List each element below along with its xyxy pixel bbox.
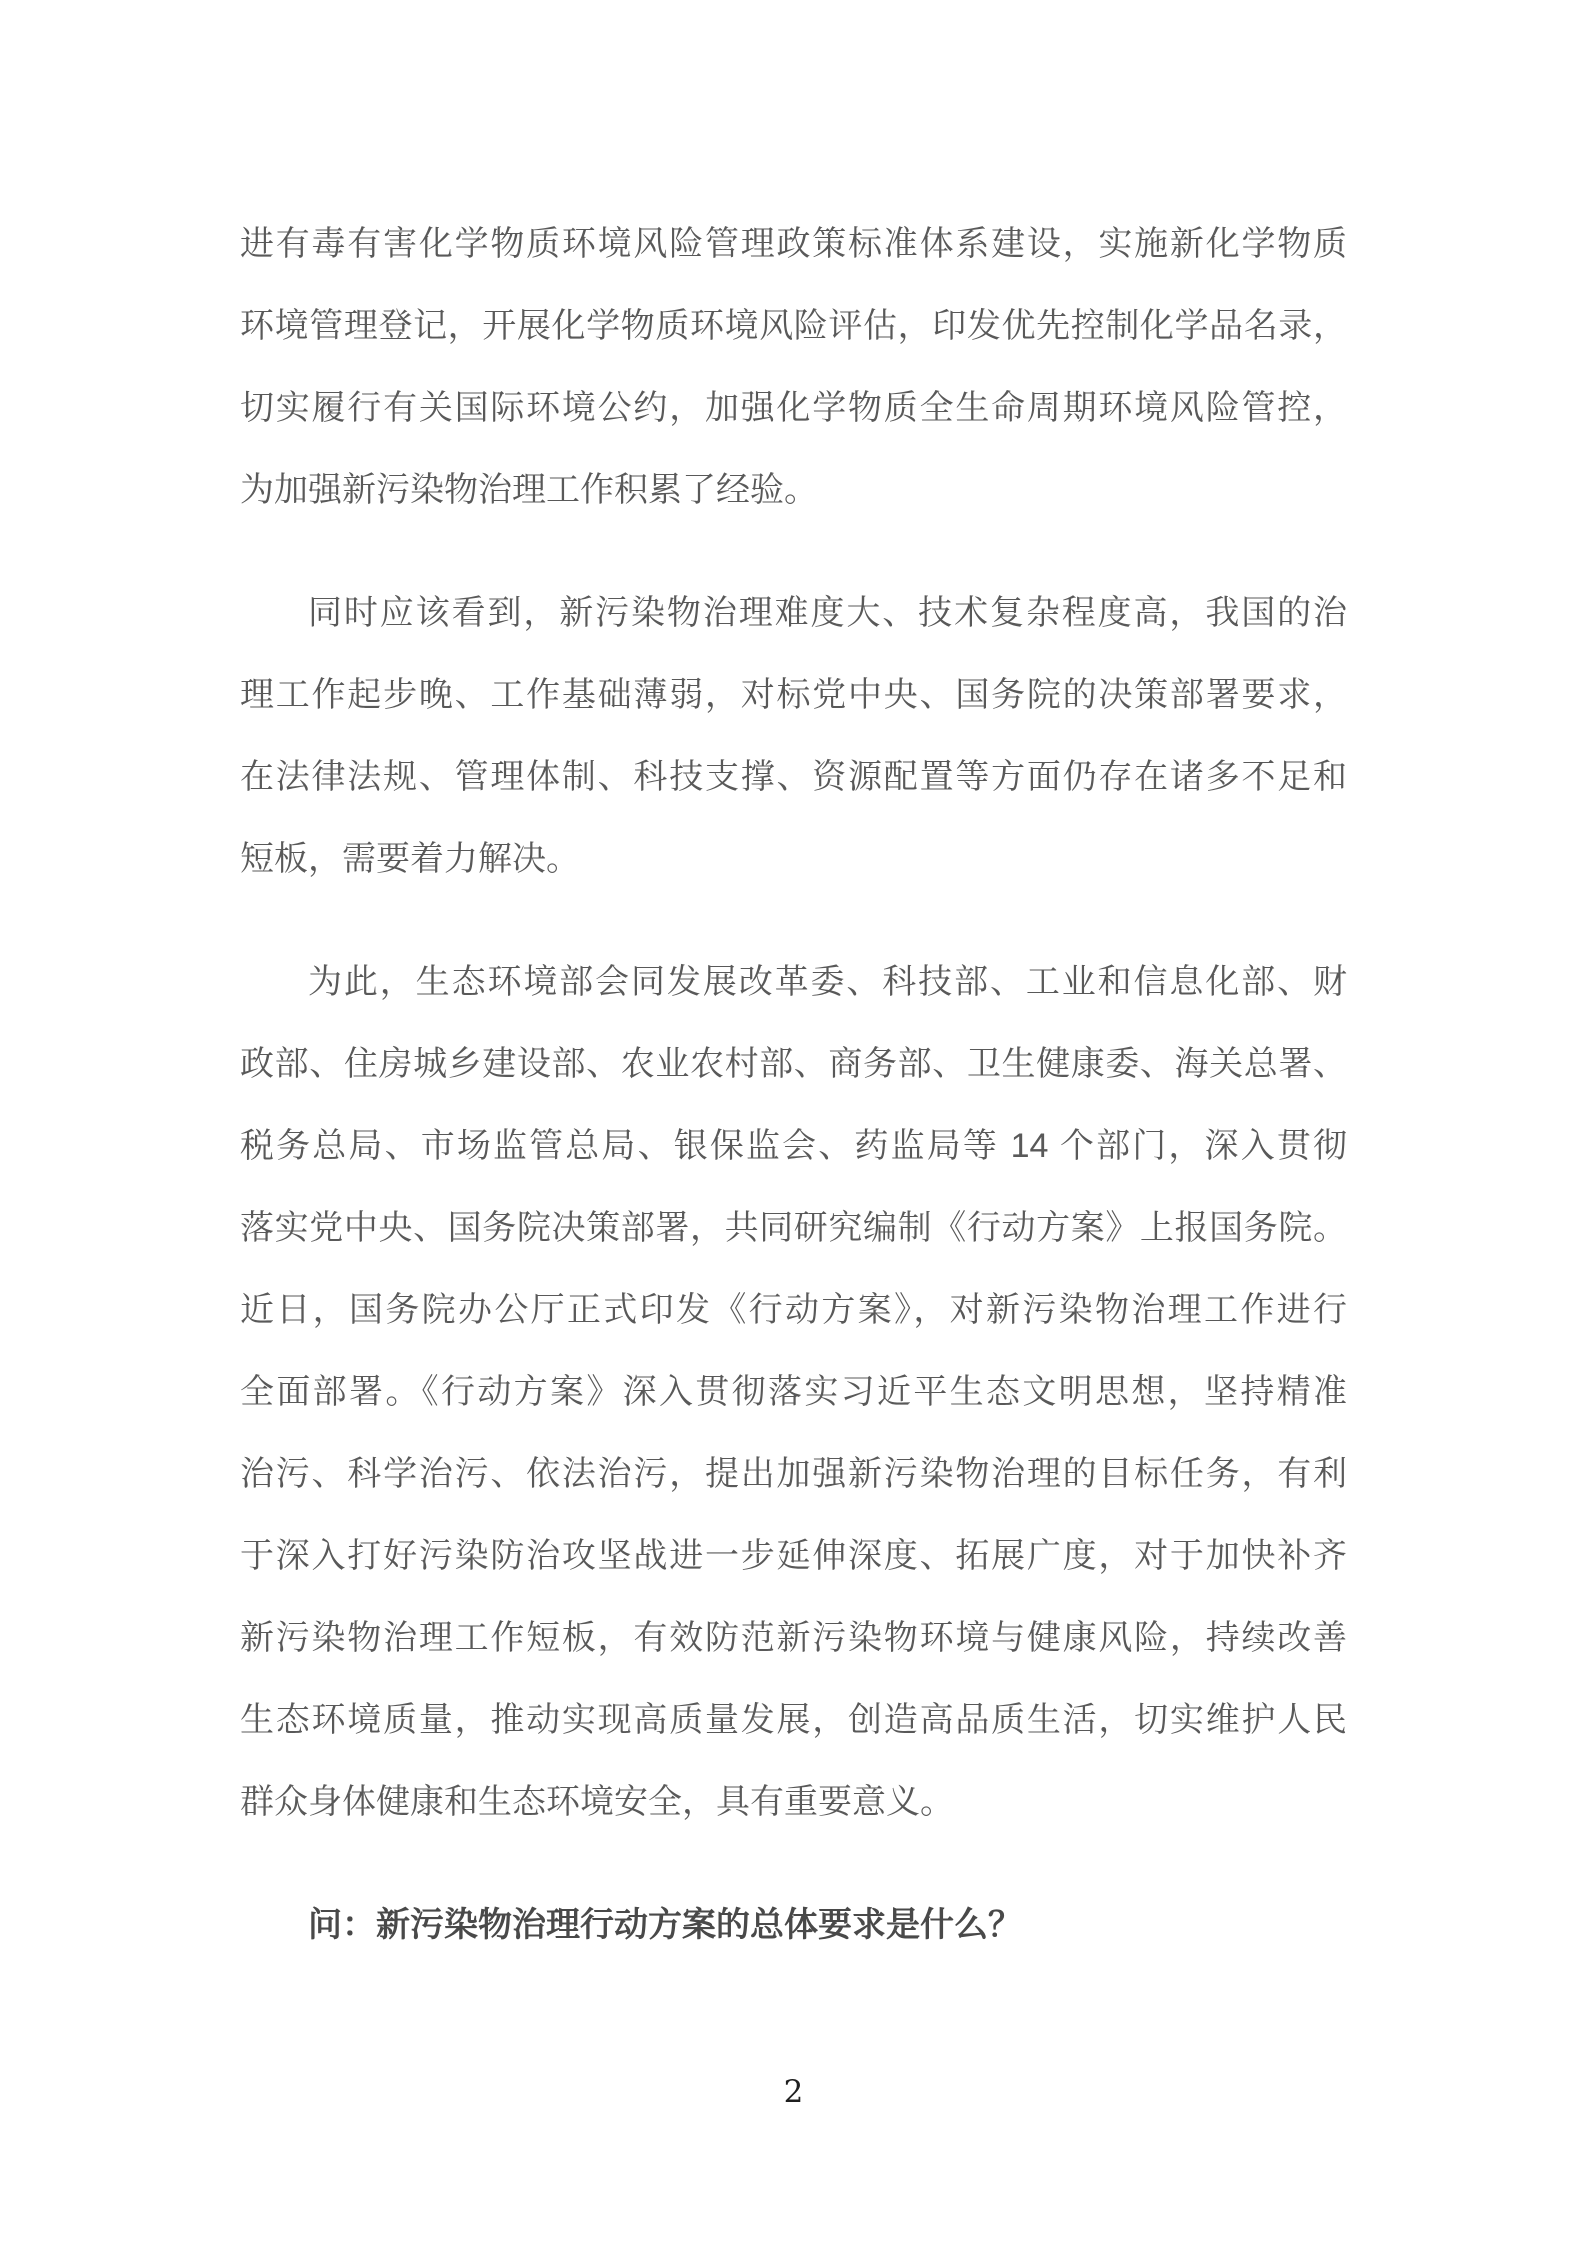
text-line: 群众身体健康和生态环境安全，具有重要意义。 [240,1761,1347,1843]
text-line: 短板，需要着力解决。 [240,818,1347,900]
text-line: 全面部署。《行动方案》深入贯彻落实习近平生态文明思想，坚持精准 [240,1351,1347,1433]
text-line: 环境管理登记，开展化学物质环境风险评估，印发优先控制化学品名录， [240,285,1347,367]
paragraph-3: 为此，生态环境部会同发展改革委、科技部、工业和信息化部、财 政部、住房城乡建设部… [240,941,1347,1843]
question-text-line: 问：新污染物治理行动方案的总体要求是什么？ [240,1884,1347,1966]
text-line: 为此，生态环境部会同发展改革委、科技部、工业和信息化部、财 [240,941,1347,1023]
text-line: 近日，国务院办公厅正式印发《行动方案》，对新污染物治理工作进行 [240,1269,1347,1351]
document-page: 进有毒有害化学物质环境风险管理政策标准体系建设，实施新化学物质 环境管理登记，开… [0,0,1587,2245]
text-line: 为加强新污染物治理工作积累了经验。 [240,449,1347,531]
text-line: 在法律法规、管理体制、科技支撑、资源配置等方面仍存在诸多不足和 [240,736,1347,818]
page-number: 2 [0,2072,1587,2112]
text-line: 切实履行有关国际环境公约，加强化学物质全生命周期环境风险管控， [240,367,1347,449]
text-line: 落实党中央、国务院决策部署，共同研究编制《行动方案》上报国务院。 [240,1187,1347,1269]
page-body-text: 进有毒有害化学物质环境风险管理政策标准体系建设，实施新化学物质 环境管理登记，开… [240,203,1347,2007]
text-line: 税务总局、市场监管总局、银保监会、药监局等 14 个部门，深入贯彻 [240,1105,1347,1187]
text-line: 新污染物治理工作短板，有效防范新污染物环境与健康风险，持续改善 [240,1597,1347,1679]
paragraph-2: 同时应该看到，新污染物治理难度大、技术复杂程度高，我国的治 理工作起步晚、工作基… [240,572,1347,900]
text-line: 进有毒有害化学物质环境风险管理政策标准体系建设，实施新化学物质 [240,203,1347,285]
text-line: 政部、住房城乡建设部、农业农村部、商务部、卫生健康委、海关总署、 [240,1023,1347,1105]
text-line: 同时应该看到，新污染物治理难度大、技术复杂程度高，我国的治 [240,572,1347,654]
text-line: 理工作起步晚、工作基础薄弱，对标党中央、国务院的决策部署要求， [240,654,1347,736]
text-line: 治污、科学治污、依法治污，提出加强新污染物治理的目标任务，有利 [240,1433,1347,1515]
text-line: 生态环境质量，推动实现高质量发展，创造高品质生活，切实维护人民 [240,1679,1347,1761]
text-line: 于深入打好污染防治攻坚战进一步延伸深度、拓展广度，对于加快补齐 [240,1515,1347,1597]
question-heading: 问：新污染物治理行动方案的总体要求是什么？ [240,1884,1347,1966]
paragraph-1: 进有毒有害化学物质环境风险管理政策标准体系建设，实施新化学物质 环境管理登记，开… [240,203,1347,531]
